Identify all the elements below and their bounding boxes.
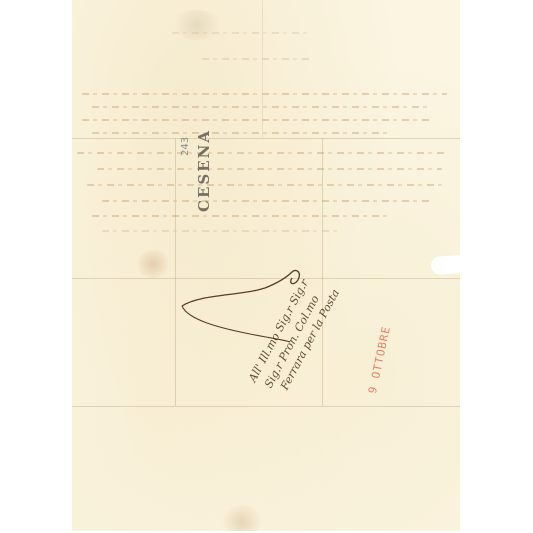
fold-line-vertical-left (175, 138, 176, 406)
pencil-number: 243 (180, 137, 191, 156)
stain-mark (136, 250, 170, 278)
letter-sheet (72, 0, 460, 531)
smudge-top (172, 10, 222, 40)
document-view: 243 CESENA All' Ill.mo Sig.r Sig.r Sig.r… (0, 0, 533, 533)
fold-line-horizontal-bottom (72, 406, 460, 407)
stain-mark-bottom (222, 505, 262, 531)
fold-line-vertical-top (262, 0, 263, 138)
torn-notch (430, 255, 463, 275)
cesena-postmark: CESENA (195, 129, 213, 212)
fold-line-horizontal-top (72, 138, 460, 139)
